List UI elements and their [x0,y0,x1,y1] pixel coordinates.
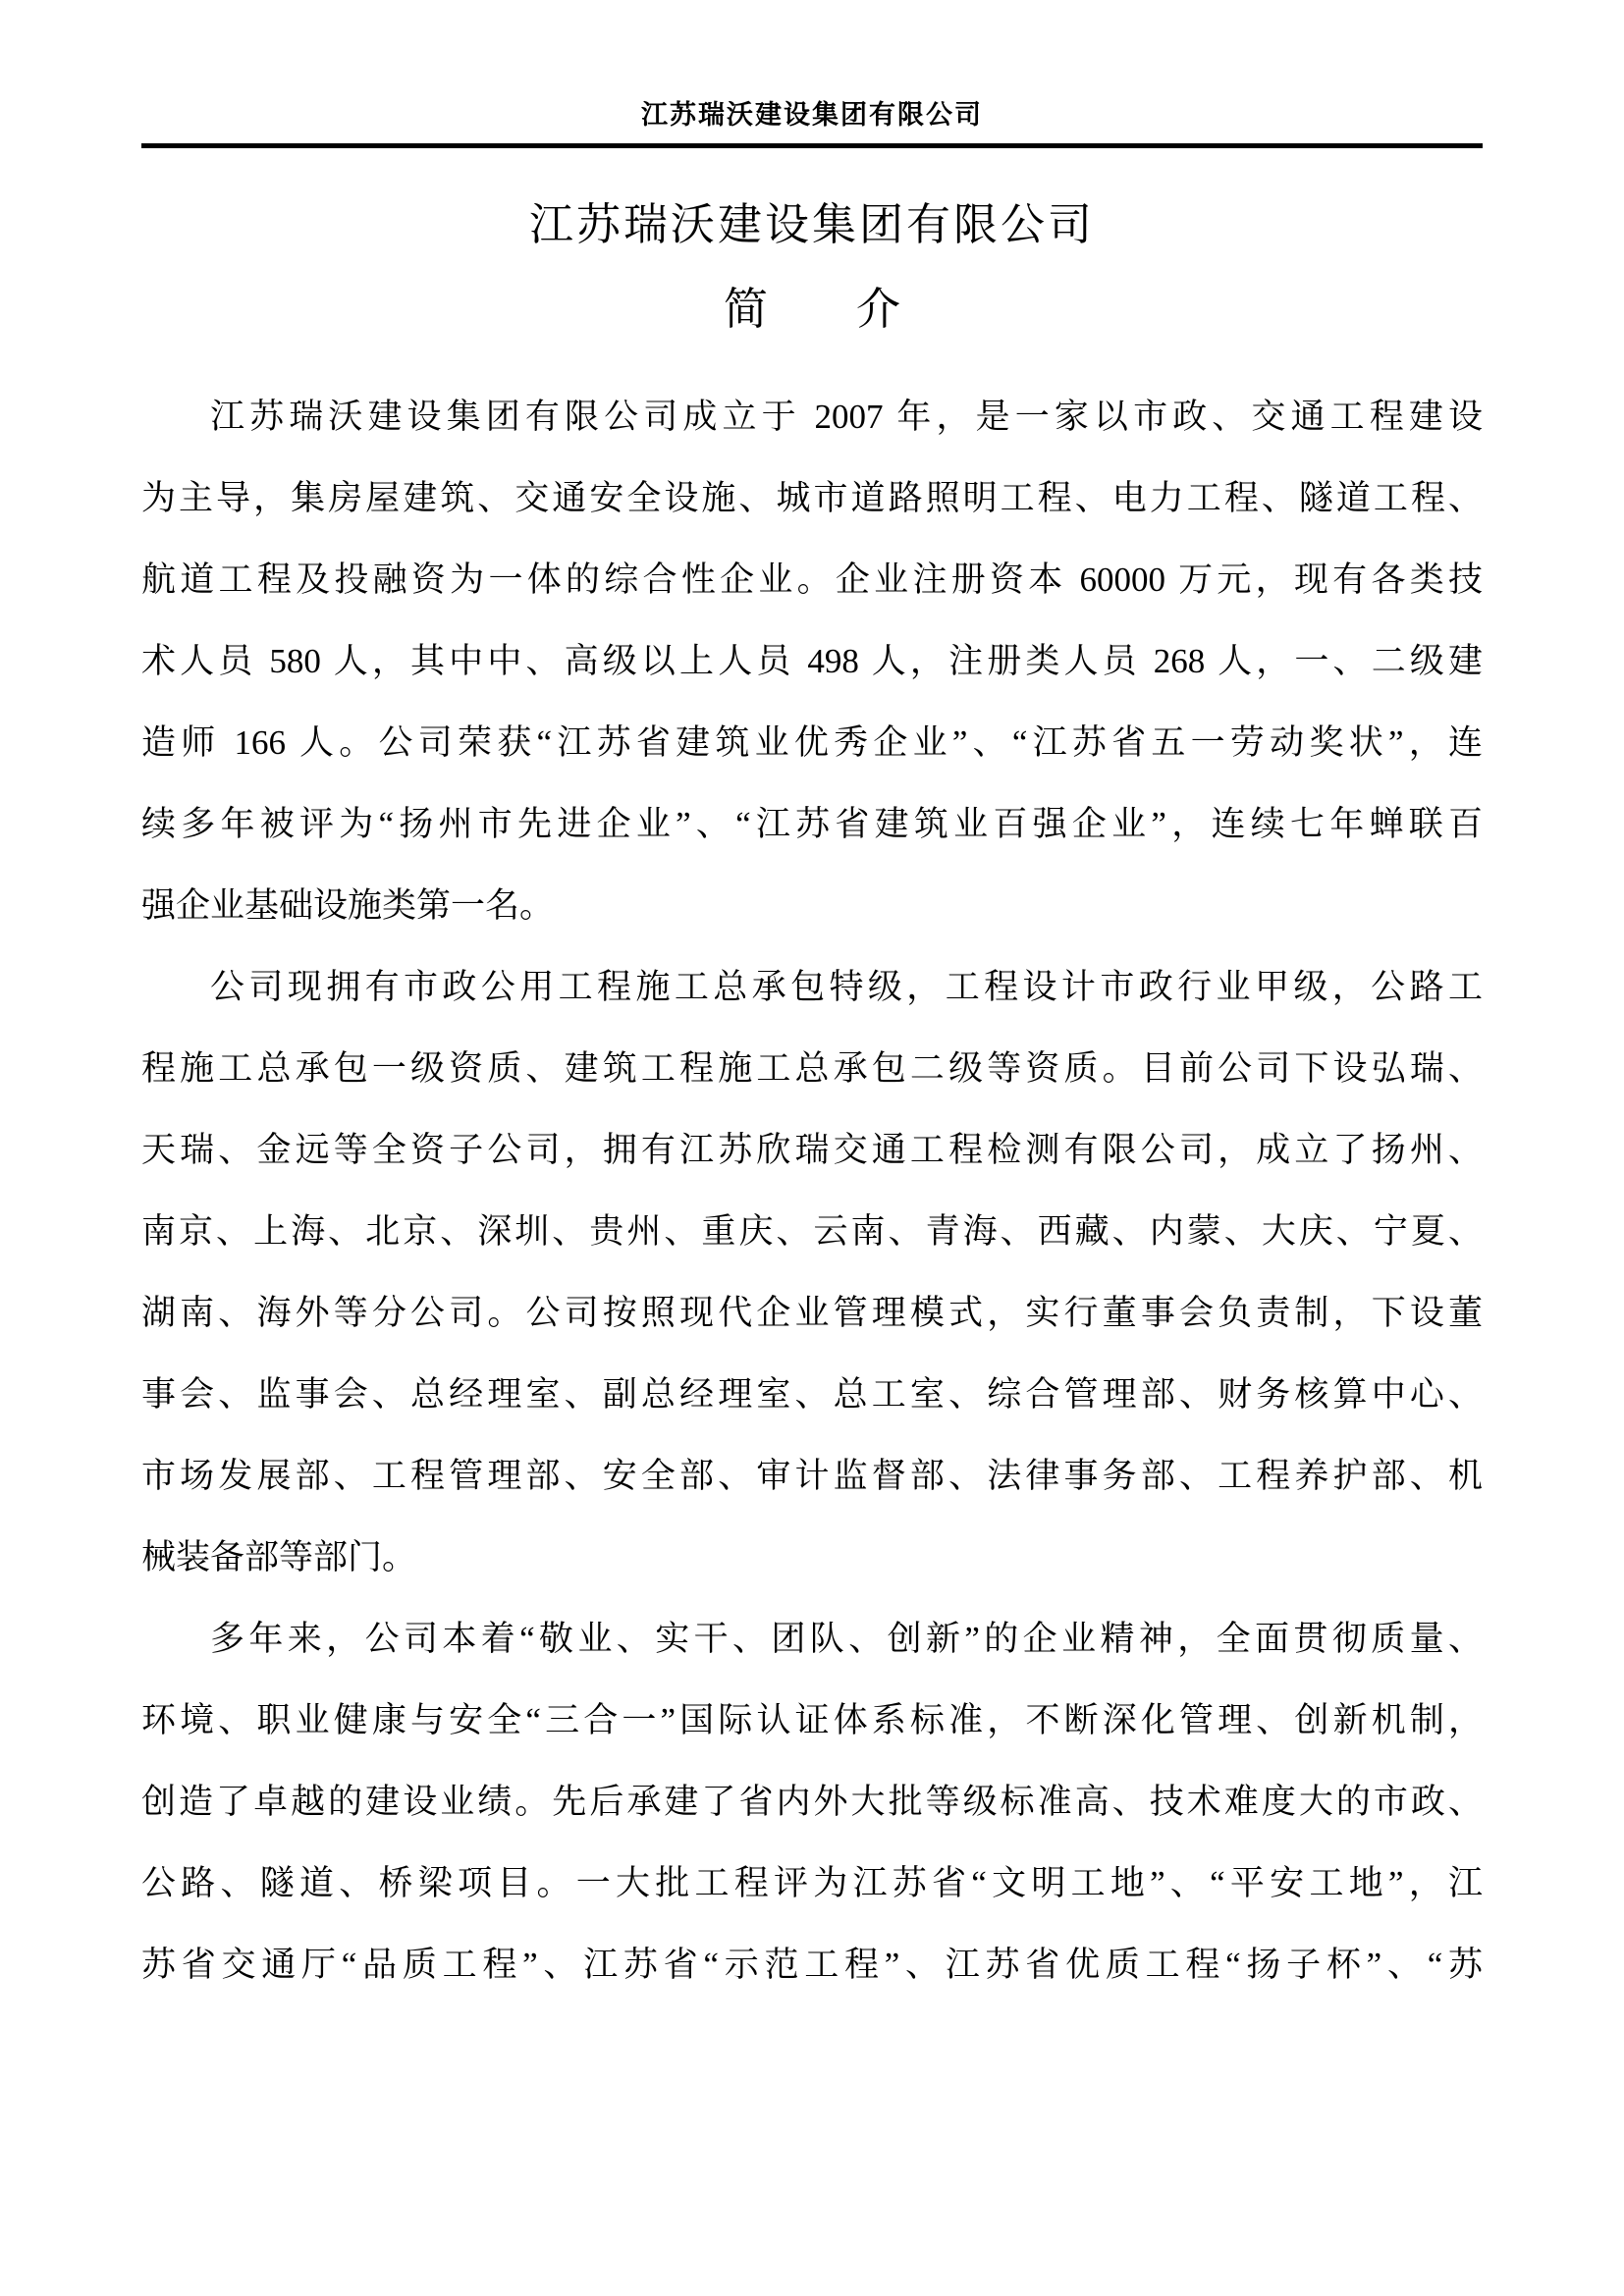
paragraph-line: 市场发展部、工程管理部、安全部、审计监督部、法律事务部、工程养护部、机 [141,1435,1483,1517]
paragraph-line: 公路、隧道、桥梁项目。一大批工程评为江苏省“文明工地”、“平安工地”，江 [141,1842,1483,1924]
paragraph-line: 械装备部等部门。 [141,1517,1483,1598]
paragraph-line: 天瑞、金远等全资子公司，拥有江苏欣瑞交通工程检测有限公司，成立了扬州、 [141,1109,1483,1191]
paragraph-line: 造师 166 人。公司荣获“江苏省建筑业优秀企业”、“江苏省五一劳动奖状”，连 [141,702,1483,783]
document-page: 江苏瑞沃建设集团有限公司 江苏瑞沃建设集团有限公司 简 介 江苏瑞沃建设集团有限… [0,0,1624,2296]
paragraph-line: 航道工程及投融资为一体的综合性企业。企业注册资本 60000 万元，现有各类技 [141,539,1483,620]
paragraph: 公司现拥有市政公用工程施工总承包特级，工程设计市政行业甲级，公路工程施工总承包一… [141,946,1483,1598]
doc-body: 江苏瑞沃建设集团有限公司成立于 2007 年，是一家以市政、交通工程建设为主导，… [141,376,1483,2005]
doc-title: 江苏瑞沃建设集团有限公司 [141,197,1483,252]
header-rule [141,143,1483,148]
paragraph-line: 事会、监事会、总经理室、副总经理室、总工室、综合管理部、财务核算中心、 [141,1354,1483,1435]
paragraph-line: 湖南、海外等分公司。公司按照现代企业管理模式，实行董事会负责制，下设董 [141,1272,1483,1354]
paragraph-line: 创造了卓越的建设业绩。先后承建了省内外大批等级标准高、技术难度大的市政、 [141,1761,1483,1842]
paragraph-line: 程施工总承包一级资质、建筑工程施工总承包二级等资质。目前公司下设弘瑞、 [141,1028,1483,1109]
doc-subtitle: 简 介 [141,282,1483,337]
paragraph-line: 南京、上海、北京、深圳、贵州、重庆、云南、青海、西藏、内蒙、大庆、宁夏、 [141,1191,1483,1272]
header-company-name: 江苏瑞沃建设集团有限公司 [141,100,1483,130]
paragraph-line: 续多年被评为“扬州市先进企业”、“江苏省建筑业百强企业”，连续七年蝉联百 [141,783,1483,865]
paragraph-line: 为主导，集房屋建筑、交通安全设施、城市道路照明工程、电力工程、隧道工程、 [141,457,1483,539]
paragraph: 江苏瑞沃建设集团有限公司成立于 2007 年，是一家以市政、交通工程建设为主导，… [141,376,1483,946]
paragraph-line: 多年来，公司本着“敬业、实干、团队、创新”的企业精神，全面贯彻质量、 [141,1598,1483,1680]
paragraph: 多年来，公司本着“敬业、实干、团队、创新”的企业精神，全面贯彻质量、环境、职业健… [141,1598,1483,2005]
paragraph-line: 苏省交通厅“品质工程”、江苏省“示范工程”、江苏省优质工程“扬子杯”、“苏 [141,1924,1483,2005]
page-header: 江苏瑞沃建设集团有限公司 [141,0,1483,148]
paragraph-line: 术人员 580 人，其中中、高级以上人员 498 人，注册类人员 268 人，一… [141,620,1483,702]
paragraph-line: 公司现拥有市政公用工程施工总承包特级，工程设计市政行业甲级，公路工 [141,946,1483,1028]
paragraph-line: 强企业基础设施类第一名。 [141,865,1483,946]
paragraph-line: 环境、职业健康与安全“三合一”国际认证体系标准，不断深化管理、创新机制， [141,1680,1483,1761]
paragraph-line: 江苏瑞沃建设集团有限公司成立于 2007 年，是一家以市政、交通工程建设 [141,376,1483,457]
